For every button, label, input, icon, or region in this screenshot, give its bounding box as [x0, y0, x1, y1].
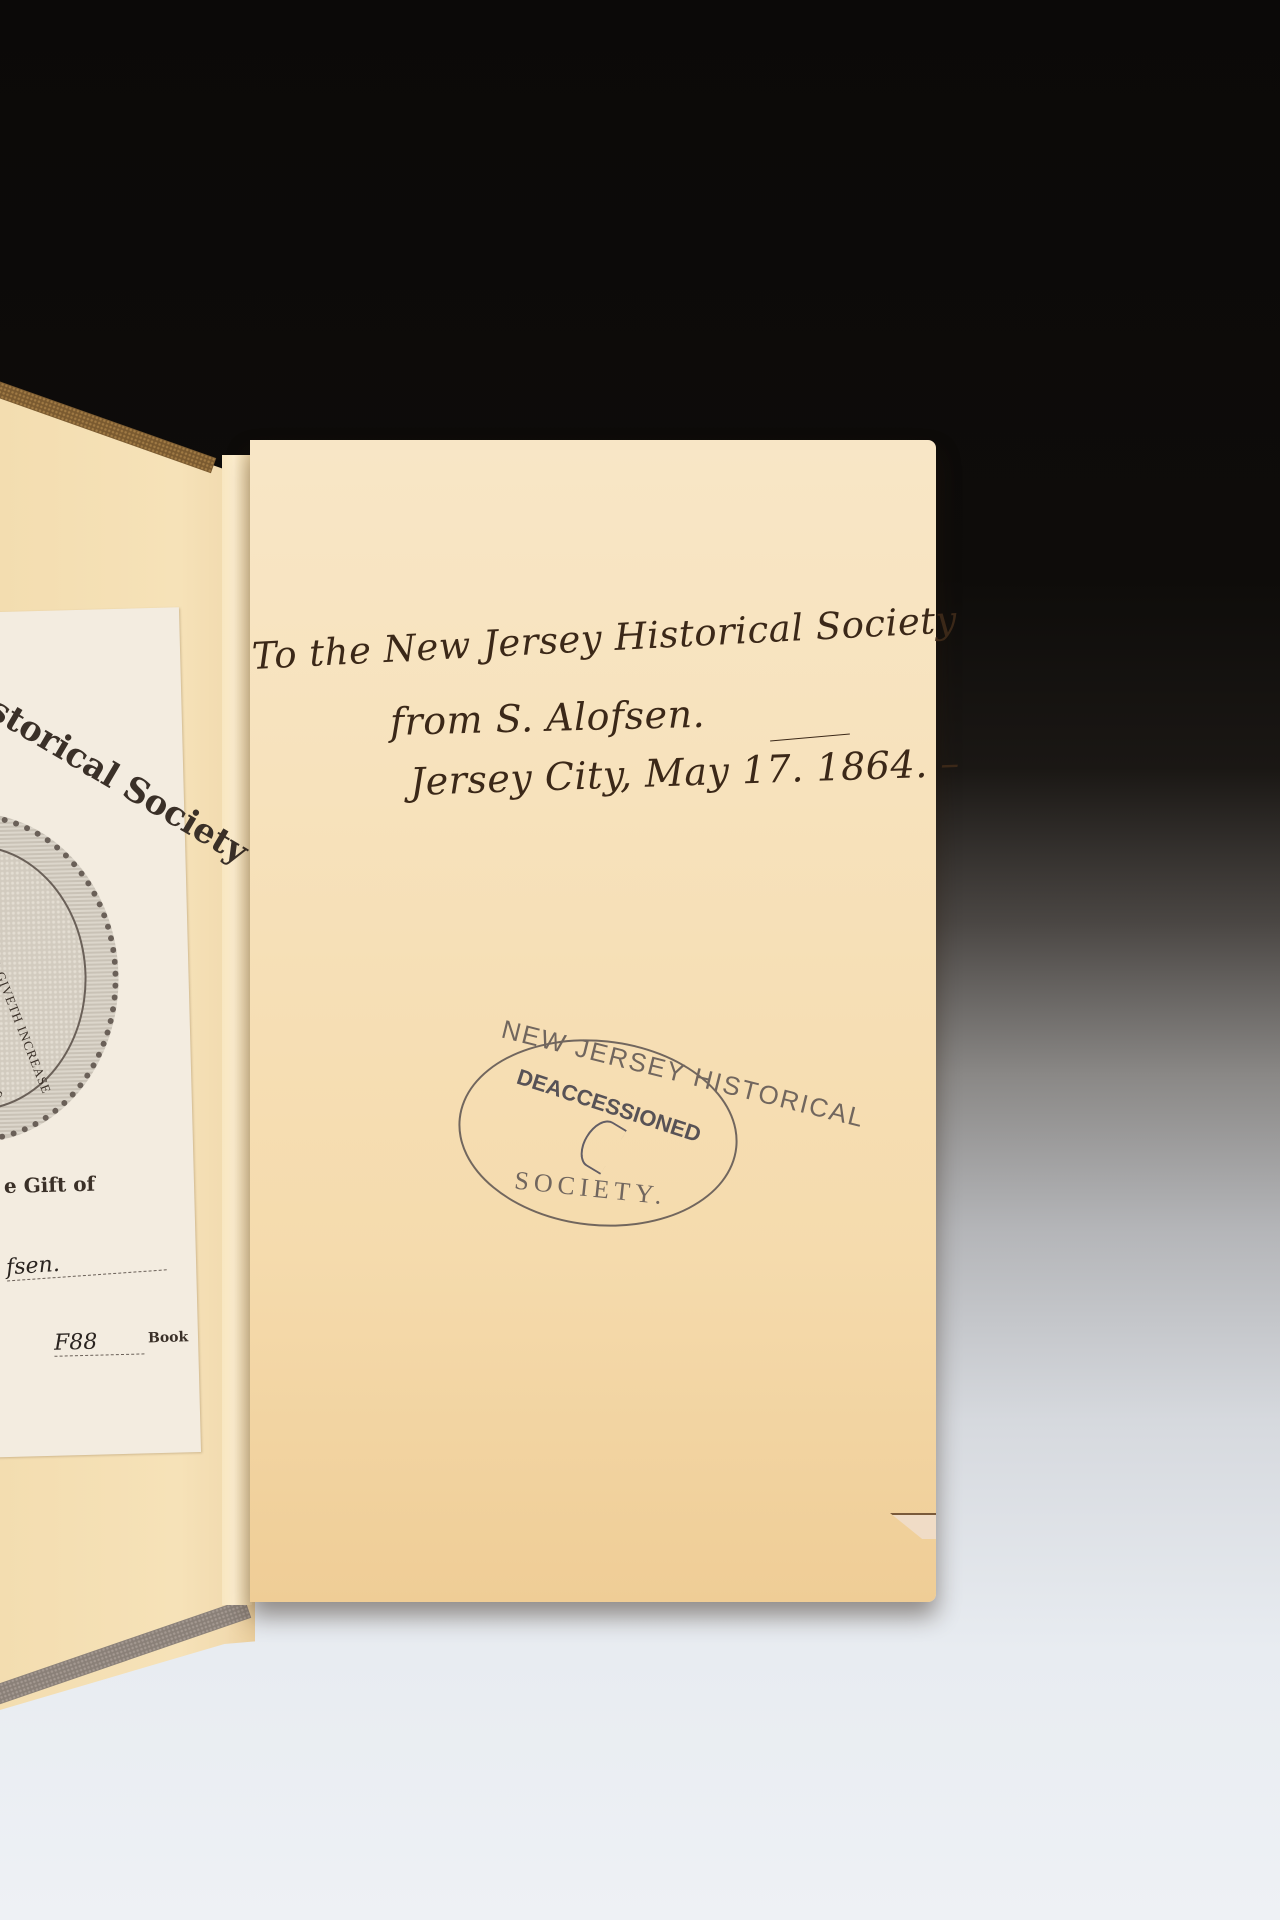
inscription-line-2: from S. Alofsen. — [389, 692, 705, 744]
gift-of-label: e Gift of — [4, 1172, 96, 1198]
shelf-mark: F88 — [54, 1328, 145, 1356]
book-gutter — [222, 455, 252, 1605]
bookplate: istorical Society OF THE IT'S GOD GIVETH… — [0, 607, 201, 1457]
stamp-ring-bottom: SOCIETY. — [513, 1166, 668, 1212]
donor-name: fsen. — [5, 1244, 166, 1281]
society-seal: OF THE IT'S GOD GIVETH INCREASE 1845 — [0, 809, 123, 1146]
book-label: Book — [148, 1329, 189, 1346]
photo-scene: istorical Society OF THE IT'S GOD GIVETH… — [0, 0, 1280, 1920]
